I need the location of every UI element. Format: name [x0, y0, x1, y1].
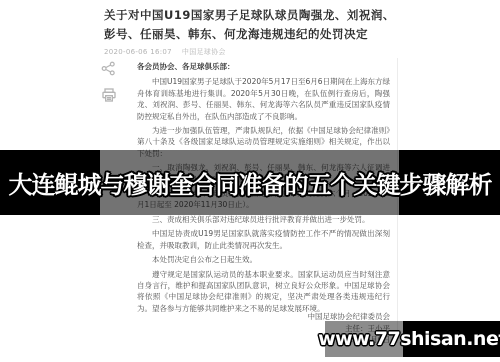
page-title: 关于对中国U19国家男子足球队球员陶强龙、刘祝润、彭号、任丽昊、韩东、何龙海违规… [104, 6, 398, 44]
document-paragraph: 本处罚决定自公布之日起生效。 [137, 254, 390, 265]
document-paragraph: 遵守规定是国家队运动员的基本职业要求。国家队运动员应当时刻注意自身言行，维护和提… [137, 269, 390, 315]
watermark-badge: www.77shisan.net [325, 321, 500, 357]
document-paragraph: 三、责成相关俱乐部对违纪球员进行批评教育并做出进一步处罚。 [137, 214, 390, 225]
printer-icon[interactable] [101, 87, 121, 103]
article-source: 中国足球协会 [182, 48, 226, 56]
document-paragraph: 中国U19国家男子足球队于2020年5月17日至6月6日期间在上海东方绿舟体育训… [137, 76, 390, 122]
watermark-url: www.77shisan.net [318, 328, 500, 350]
overlay-headline-text: 大连鲲城与穆谢奎合同准备的五个关键步骤解析 [0, 150, 500, 215]
share-icon[interactable] [101, 61, 121, 76]
article-date: 2020-06-06 16:07 [104, 48, 172, 56]
document-salutation: 各会员协会、各足球俱乐部： [137, 61, 390, 72]
article-meta: 2020-06-06 16:07中国足球协会 [104, 47, 398, 57]
document-paragraph: 中国足协责成U19男足国家队就落实疫情防控工作不严的情况做出深刻检查，并吸取教训… [137, 228, 390, 251]
article-toolbar [101, 61, 121, 103]
